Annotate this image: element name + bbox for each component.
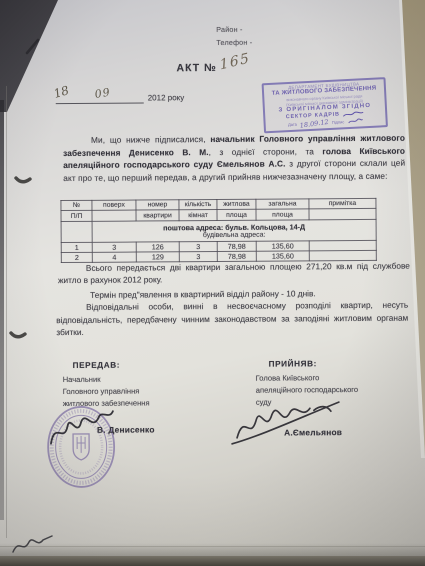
apartments-table: № поверх номер кількість житлова загальн… [60, 198, 376, 263]
building-address-label: будівельна адреса: [93, 231, 376, 240]
signature-yemelianov [229, 395, 343, 450]
col-header-living: житлова [217, 199, 256, 209]
stamp-sign-label: Підпис [332, 120, 345, 126]
col-header-note-2 [309, 208, 376, 219]
act-number-handwritten: 165 [219, 50, 251, 73]
col-header-apt: номер [136, 200, 179, 210]
cell-total: 135,60 [256, 241, 309, 251]
intro-seg-2-name: Денисенко В. М. [129, 147, 209, 158]
col-header-total-2: площа [256, 209, 309, 220]
col-header-total: загальна [256, 199, 309, 209]
col-header-rooms-2: кімнат [179, 209, 217, 220]
col-header-num-2: П/П [61, 210, 92, 221]
cell-floor: 3 [92, 242, 136, 252]
phone-label: Телефон - [216, 36, 252, 49]
col-header-apt-2: квартири [136, 210, 179, 221]
postal-address-label: поштова адреса: [163, 223, 223, 232]
summary-paragraph: Всього передається дві квартири загально… [58, 260, 410, 287]
cell-note [309, 240, 376, 250]
certification-stamp: ДЕПАРТАМЕНТ БУДІВНИЦТВА ТА ЖИТЛОВОГО ЗАБ… [262, 77, 388, 133]
district-label: Район - [216, 23, 252, 36]
act-title: АКТ № [176, 62, 216, 74]
accepted-heading: ПРИЙНЯВ: [269, 359, 317, 368]
col-header-num: № [61, 200, 92, 210]
cell-living: 78,98 [217, 241, 256, 251]
left-position-line: Начальник [63, 373, 150, 386]
date-year: 2012 року [148, 93, 185, 102]
responsibility-paragraph: Відповідальні особи, винні в несвоєчасно… [56, 299, 408, 339]
photo-frame: Район - Телефон - АКТ № 165 18 09 2012 р… [0, 0, 425, 566]
left-signer-name: В. Денисенко [97, 424, 155, 434]
document: Район - Телефон - АКТ № 165 18 09 2012 р… [0, 0, 425, 566]
terms-section: Термін пред"явлення в квартирний відділ … [56, 287, 408, 339]
address-row: поштова адреса: бульв. Кольцова, 14-Д бу… [61, 219, 376, 242]
intro-seg-5-name: Ємельянов А.С. [217, 159, 286, 169]
stamp-date-handwritten: 18.09.12 [299, 118, 329, 130]
intro-paragraph: Ми, що нижче підписалися, начальник Голо… [63, 132, 405, 185]
handed-over-heading: ПЕРЕДАВ: [73, 361, 121, 370]
cell-num: 1 [61, 242, 92, 252]
col-header-note: примітка [309, 198, 376, 208]
intro-seg-0: Ми, що нижче підписалися, [91, 134, 210, 145]
date-blank-line [56, 102, 144, 104]
right-position-line: Голова Київського [256, 372, 358, 385]
col-header-rooms: кількість [179, 199, 217, 209]
form-header: Район - Телефон - [216, 23, 252, 49]
postal-address-value: бульв. Кольцова, 14-Д [225, 222, 305, 232]
cell-apt: 126 [136, 242, 179, 252]
stamp-signature-icon [347, 118, 363, 126]
intro-seg-3: , з однієї сторони, та [209, 146, 323, 157]
date-day-handwritten: 18 [52, 83, 71, 101]
left-position-line: Головного управління [63, 386, 150, 399]
col-header-living-2: площа [217, 209, 256, 220]
cell-rooms: 3 [179, 241, 217, 251]
col-header-floor-2 [92, 210, 136, 221]
date-month-handwritten: 09 [94, 86, 112, 101]
col-header-floor: поверх [92, 200, 136, 210]
right-signer-name: А.Ємельянов [284, 427, 342, 437]
stamp-date-label: Дата [288, 122, 297, 127]
